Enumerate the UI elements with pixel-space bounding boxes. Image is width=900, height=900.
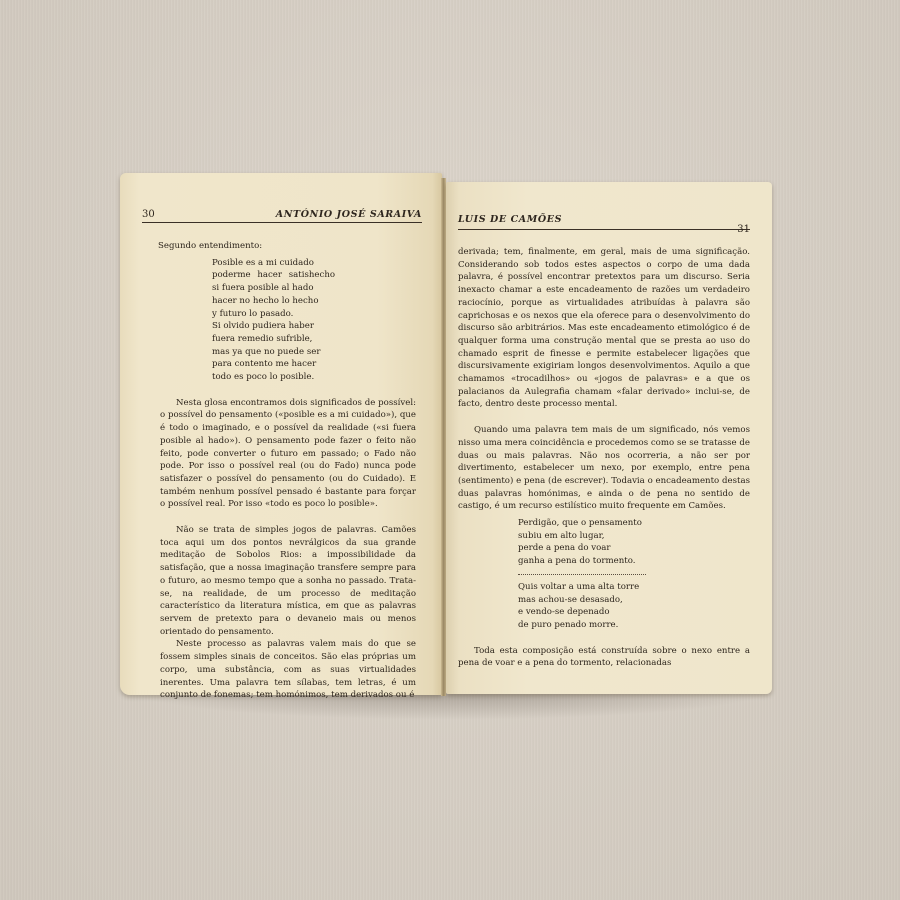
paragraph: Não se trata de simples jogos de palavra… [160,524,416,638]
right-page: LUIS DE CAMÕES 31 derivada; tem, finalme… [446,182,772,694]
verse-line: Quis voltar a uma alta torre [518,581,750,594]
paragraph: Quando uma palavra tem mais de um signif… [458,424,750,513]
verse-line: todo es poco lo posible. [212,371,416,384]
verse-line: subiu em alto lugar, [518,530,750,543]
paragraph: Neste processo as palavras valem mais do… [160,638,416,702]
verse-line: fuera remedio sufrible, [212,333,416,346]
verse-line: para contento me hacer [212,358,416,371]
verse-line: Posible es a mi cuidado [212,257,416,270]
verse-line: Perdigão, que o pensamento [518,517,750,530]
verse-line: ganha a pena do tormento. [518,555,750,568]
verse-line: poderme hacer satishecho [212,269,416,282]
verse-line: mas ya que no puede ser [212,346,416,359]
right-page-header: LUIS DE CAMÕES 31 [458,215,750,230]
running-head-author: ANTÓNIO JOSÉ SARAIVA [276,209,422,220]
verse-line: Si olvido pudiera haber [212,320,416,333]
verse-line: si fuera posible al hado [212,282,416,295]
paragraph: Toda esta composição está construída sob… [458,645,750,670]
verse-line: e vendo-se depenado [518,606,750,619]
verse-ellipsis-divider [518,570,646,575]
paragraph: derivada; tem, finalmente, em geral, mai… [458,246,750,411]
running-head-title: LUIS DE CAMÕES [458,214,562,225]
left-page-header: 30 ANTÓNIO JOSÉ SARAIVA [142,208,422,223]
verse-line: mas achou-se desasado, [518,594,750,607]
left-page: 30 ANTÓNIO JOSÉ SARAIVA Segundo entendim… [120,173,442,695]
verse-block: Posible es a mi cuidado poderme hacer sa… [160,257,416,384]
verse-line: perde a pena do voar [518,542,750,555]
left-page-body: Segundo entendimento: Posible es a mi cu… [160,240,416,702]
page-number: 31 [737,224,750,235]
right-page-body: derivada; tem, finalmente, em geral, mai… [458,246,750,670]
paragraph: Nesta glosa encontramos dois significado… [160,397,416,511]
page-number: 30 [142,209,155,220]
verse-block: Perdigão, que o pensamento subiu em alto… [458,517,750,632]
verse-line: de puro penado morre. [518,619,750,632]
intro-line: Segundo entendimento: [158,240,416,253]
verse-line: y futuro lo pasado. [212,308,416,321]
verse-line: hacer no hecho lo hecho [212,295,416,308]
